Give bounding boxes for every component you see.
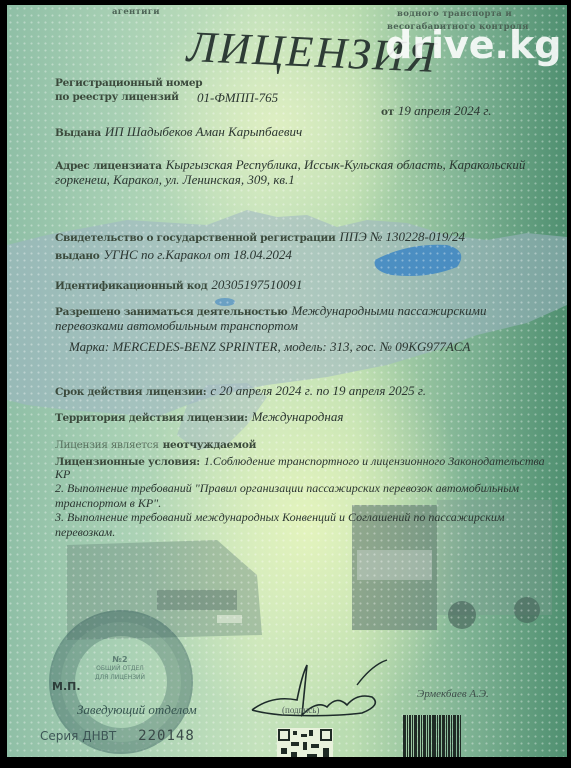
registration-date-prefix: от (381, 106, 394, 118)
validity: Срок действия лицензии: с 20 апреля 2024… (55, 382, 426, 400)
issued-to: Выдана ИП Шадыбеков Аман Карыпбаевич (55, 123, 302, 141)
watermark: drive.kg (385, 23, 561, 67)
serial-number: 220148 (138, 728, 195, 744)
conditions-label: Лицензионные условия: (55, 456, 200, 468)
activity-value-line1: Международными пассажирскими (292, 303, 487, 318)
transferability-value: неотчуждаемой (163, 439, 256, 451)
id-code: Идентификационный код 20305197510091 (55, 276, 302, 294)
territory: Территория действия лицензии: Международ… (55, 408, 343, 426)
conditions-item1-text: 1.Соблюдение транспортного и лицензионно… (204, 454, 545, 468)
registration-date-value: 19 апреля 2024 г. (398, 103, 492, 118)
address-label: Адрес лицензиата (55, 160, 162, 172)
signature-icon (242, 655, 392, 730)
activity-value-line2: перевозками автомобильным транспортом (55, 318, 298, 334)
issued-to-value: ИП Шадыбеков Аман Карыпбаевич (105, 124, 302, 139)
validity-label: Срок действия лицензии: (55, 386, 206, 398)
address-value-line2: горкенеш, Каракол, ул. Ленинская, 309, к… (55, 172, 295, 188)
conditions-item3-line1: 3. Выполнение требований международных К… (55, 510, 504, 525)
issuing-agency-right-line1: водного транспорта и (397, 9, 512, 19)
position-title: Заведующий отделом (77, 702, 197, 718)
signature-caption: (подпись) (282, 705, 319, 715)
territory-value: Международная (252, 409, 344, 424)
serial: Серия ДНВТ 220148 (40, 727, 195, 745)
id-code-value: 20305197510091 (211, 277, 302, 292)
registration-label-line2: по реестру лицензий (55, 91, 179, 103)
qr-code-icon (277, 728, 333, 757)
state-registration: Свидетельство о государственной регистра… (55, 228, 465, 246)
issued-to-label: Выдана (55, 127, 101, 139)
seal-place-label: М.П. (52, 680, 81, 693)
state-registration-issued-label: выдано (55, 250, 100, 262)
state-registration-value: ППЭ № 130228-019/24 (339, 229, 465, 244)
conditions-item2-line2: транспортом в КР". (55, 496, 161, 511)
state-registration-issued: выдано УГНС по г.Каракол от 18.04.2024 (55, 246, 292, 264)
conditions-item1-line2: КР (55, 467, 70, 482)
license-document: агентиги водного транспорта и весогабари… (7, 5, 567, 757)
signatory-name: Эрмекбаев А.Э. (417, 688, 489, 700)
registration-number: 01-ФМПП-765 (197, 90, 278, 106)
stamp-text: №2 ОБЩИЙ ОТДЕЛ ДЛЯ ЛИЦЕНЗИЙ (85, 655, 155, 682)
registration-date: от 19 апреля 2024 г. (381, 102, 491, 120)
vehicle-details: Марка: MERCEDES-BENZ SPRINTER, модель: 3… (69, 339, 470, 355)
id-code-label: Идентификационный код (55, 280, 207, 292)
conditions-item1-line1: Лицензионные условия: 1.Соблюдение транс… (55, 452, 545, 470)
serial-label: Серия ДНВТ (40, 729, 116, 743)
validity-value: с 20 апреля 2024 г. по 19 апреля 2025 г. (210, 383, 426, 398)
state-registration-label: Свидетельство о государственной регистра… (55, 232, 335, 244)
stamp-text-line2: ДЛЯ ЛИЦЕНЗИЙ (85, 673, 155, 682)
barcode-icon (403, 715, 473, 757)
stamp-number: №2 (85, 655, 155, 664)
conditions-item3-line2: перевозкам. (55, 525, 115, 540)
transferability: Лицензия является неотчуждаемой (55, 435, 256, 453)
stamp-text-line1: ОБЩИЙ ОТДЕЛ (85, 664, 155, 673)
transferability-prefix: Лицензия является (55, 439, 159, 451)
conditions-item2-line1: 2. Выполнение требований "Правил организ… (55, 481, 519, 496)
activity-label: Разрешено заниматься деятельностью (55, 306, 288, 318)
registration-label-line1: Регистрационный номер (55, 77, 202, 89)
state-registration-issued-value: УГНС по г.Каракол от 18.04.2024 (104, 247, 292, 262)
address-value-line1: Кыргызская Республика, Иссык-Кульская об… (166, 157, 526, 172)
territory-label: Территория действия лицензии: (55, 412, 248, 424)
issuing-agency-left: агентиги (112, 7, 160, 17)
